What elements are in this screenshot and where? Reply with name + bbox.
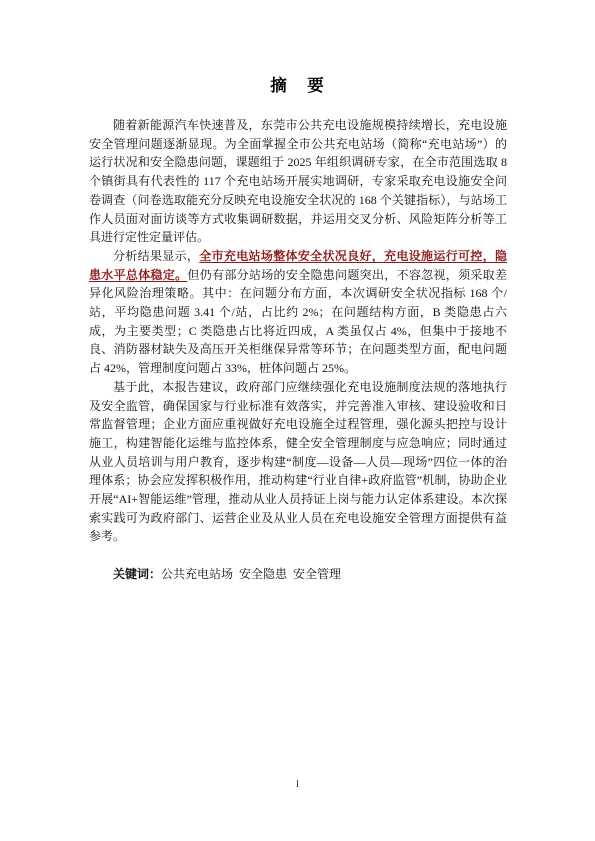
paragraph-recommendations: 基于此，本报告建议，政府部门应继续强化充电设施制度法规的落地执行及安全监管，确保… (89, 378, 507, 546)
paragraph-analysis-rest: 但仍有部分站场的安全隐患问题突出，不容忽视，须采取差异化风险治理策略。其中：在问… (89, 268, 507, 376)
abstract-content: 摘 要 随着新能源汽车快速普及，东莞市公共充电设施规模持续增长，充电设施安全管理… (89, 72, 507, 584)
paragraph-analysis: 分析结果显示，全市充电站场整体安全状况良好，充电设施运行可控，隐患水平总体稳定。… (89, 247, 507, 378)
keywords-label: 关键词： (113, 567, 161, 581)
keywords-text: 公共充电站场 安全隐患 安全管理 (161, 567, 341, 581)
document-page: 摘 要 随着新能源汽车快速普及，东莞市公共充电设施规模持续增长，充电设施安全管理… (0, 0, 595, 841)
paragraph-intro: 随着新能源汽车快速普及，东莞市公共充电设施规模持续增长，充电设施安全管理问题逐渐… (89, 116, 507, 247)
paragraph-analysis-lead: 分析结果显示， (113, 249, 199, 263)
page-title: 摘 要 (89, 72, 507, 96)
keywords-line: 关键词：公共充电站场 安全隐患 安全管理 (89, 565, 507, 584)
page-number: I (0, 779, 595, 789)
